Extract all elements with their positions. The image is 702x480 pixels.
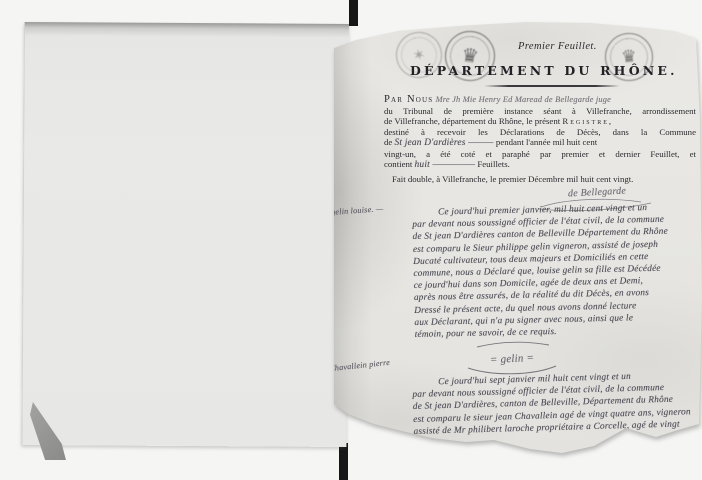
commune-name-handwritten: St jean D'ardières ——— bbox=[395, 138, 494, 148]
scanned-register-photo: ✶ ♛ ♛ Premier Feuillet. DÉPARTEMENT DU R… bbox=[0, 0, 702, 480]
printed-text: de bbox=[384, 137, 392, 147]
declarant-signature: = gelin = bbox=[452, 344, 572, 376]
left-blank-page bbox=[21, 22, 349, 447]
printed-line: du Tribunal de première instance séant à… bbox=[384, 106, 696, 117]
folio-count-handwritten: huit ————— bbox=[415, 160, 476, 170]
judge-name-handwritten: Mre Jh Mie Henry Ed Maread de Bellegarde… bbox=[436, 95, 612, 104]
feuillet-label: Premier Feuillet. bbox=[518, 41, 597, 52]
printed-line: vingt-un, a été coté et paraphé par prem… bbox=[384, 149, 696, 160]
register-first-leaf: ✶ ♛ ♛ Premier Feuillet. DÉPARTEMENT DU R… bbox=[326, 0, 702, 480]
gutter-shadow bbox=[326, 0, 372, 480]
margin-note-act2: Chavallein pierre bbox=[329, 358, 391, 373]
printed-text: Feuillets. bbox=[477, 159, 510, 169]
paper-surface: ✶ ♛ ♛ Premier Feuillet. DÉPARTEMENT DU R… bbox=[326, 0, 702, 480]
printed-line: de St jean D'ardières ——— pendant l'anné… bbox=[384, 137, 696, 149]
signature-flourish-icon bbox=[467, 341, 557, 349]
par-nous-label: Par Nous bbox=[384, 94, 433, 105]
printed-text: de Villefranche, département du Rhône, l… bbox=[384, 116, 560, 126]
printed-text: pendant l'année mil huit cent bbox=[496, 137, 597, 147]
registre-word: Registre, bbox=[562, 116, 613, 126]
death-act-2: Ce jourd'hui sept janvier mil huit cent … bbox=[412, 369, 702, 438]
title-divider-rule bbox=[484, 85, 620, 87]
margin-note-act1: gelin louise. — bbox=[331, 204, 384, 217]
printed-line: de Villefranche, département du Rhône, l… bbox=[384, 116, 696, 127]
printed-line: Par Nous Mre Jh Mie Henry Ed Maread de B… bbox=[384, 94, 696, 106]
printed-text: contient bbox=[384, 159, 412, 169]
death-act-1: Ce jourd'hui premier janvier, mil huit c… bbox=[412, 201, 701, 341]
page-title: DÉPARTEMENT DU RHÔNE. bbox=[410, 63, 654, 78]
printed-line: destiné à recevoir les Déclarations de D… bbox=[384, 127, 696, 138]
printed-register-declaration: Par Nous Mre Jh Mie Henry Ed Maread de B… bbox=[384, 94, 696, 171]
printed-line: contient huit ————— Feuillets. bbox=[384, 159, 696, 171]
